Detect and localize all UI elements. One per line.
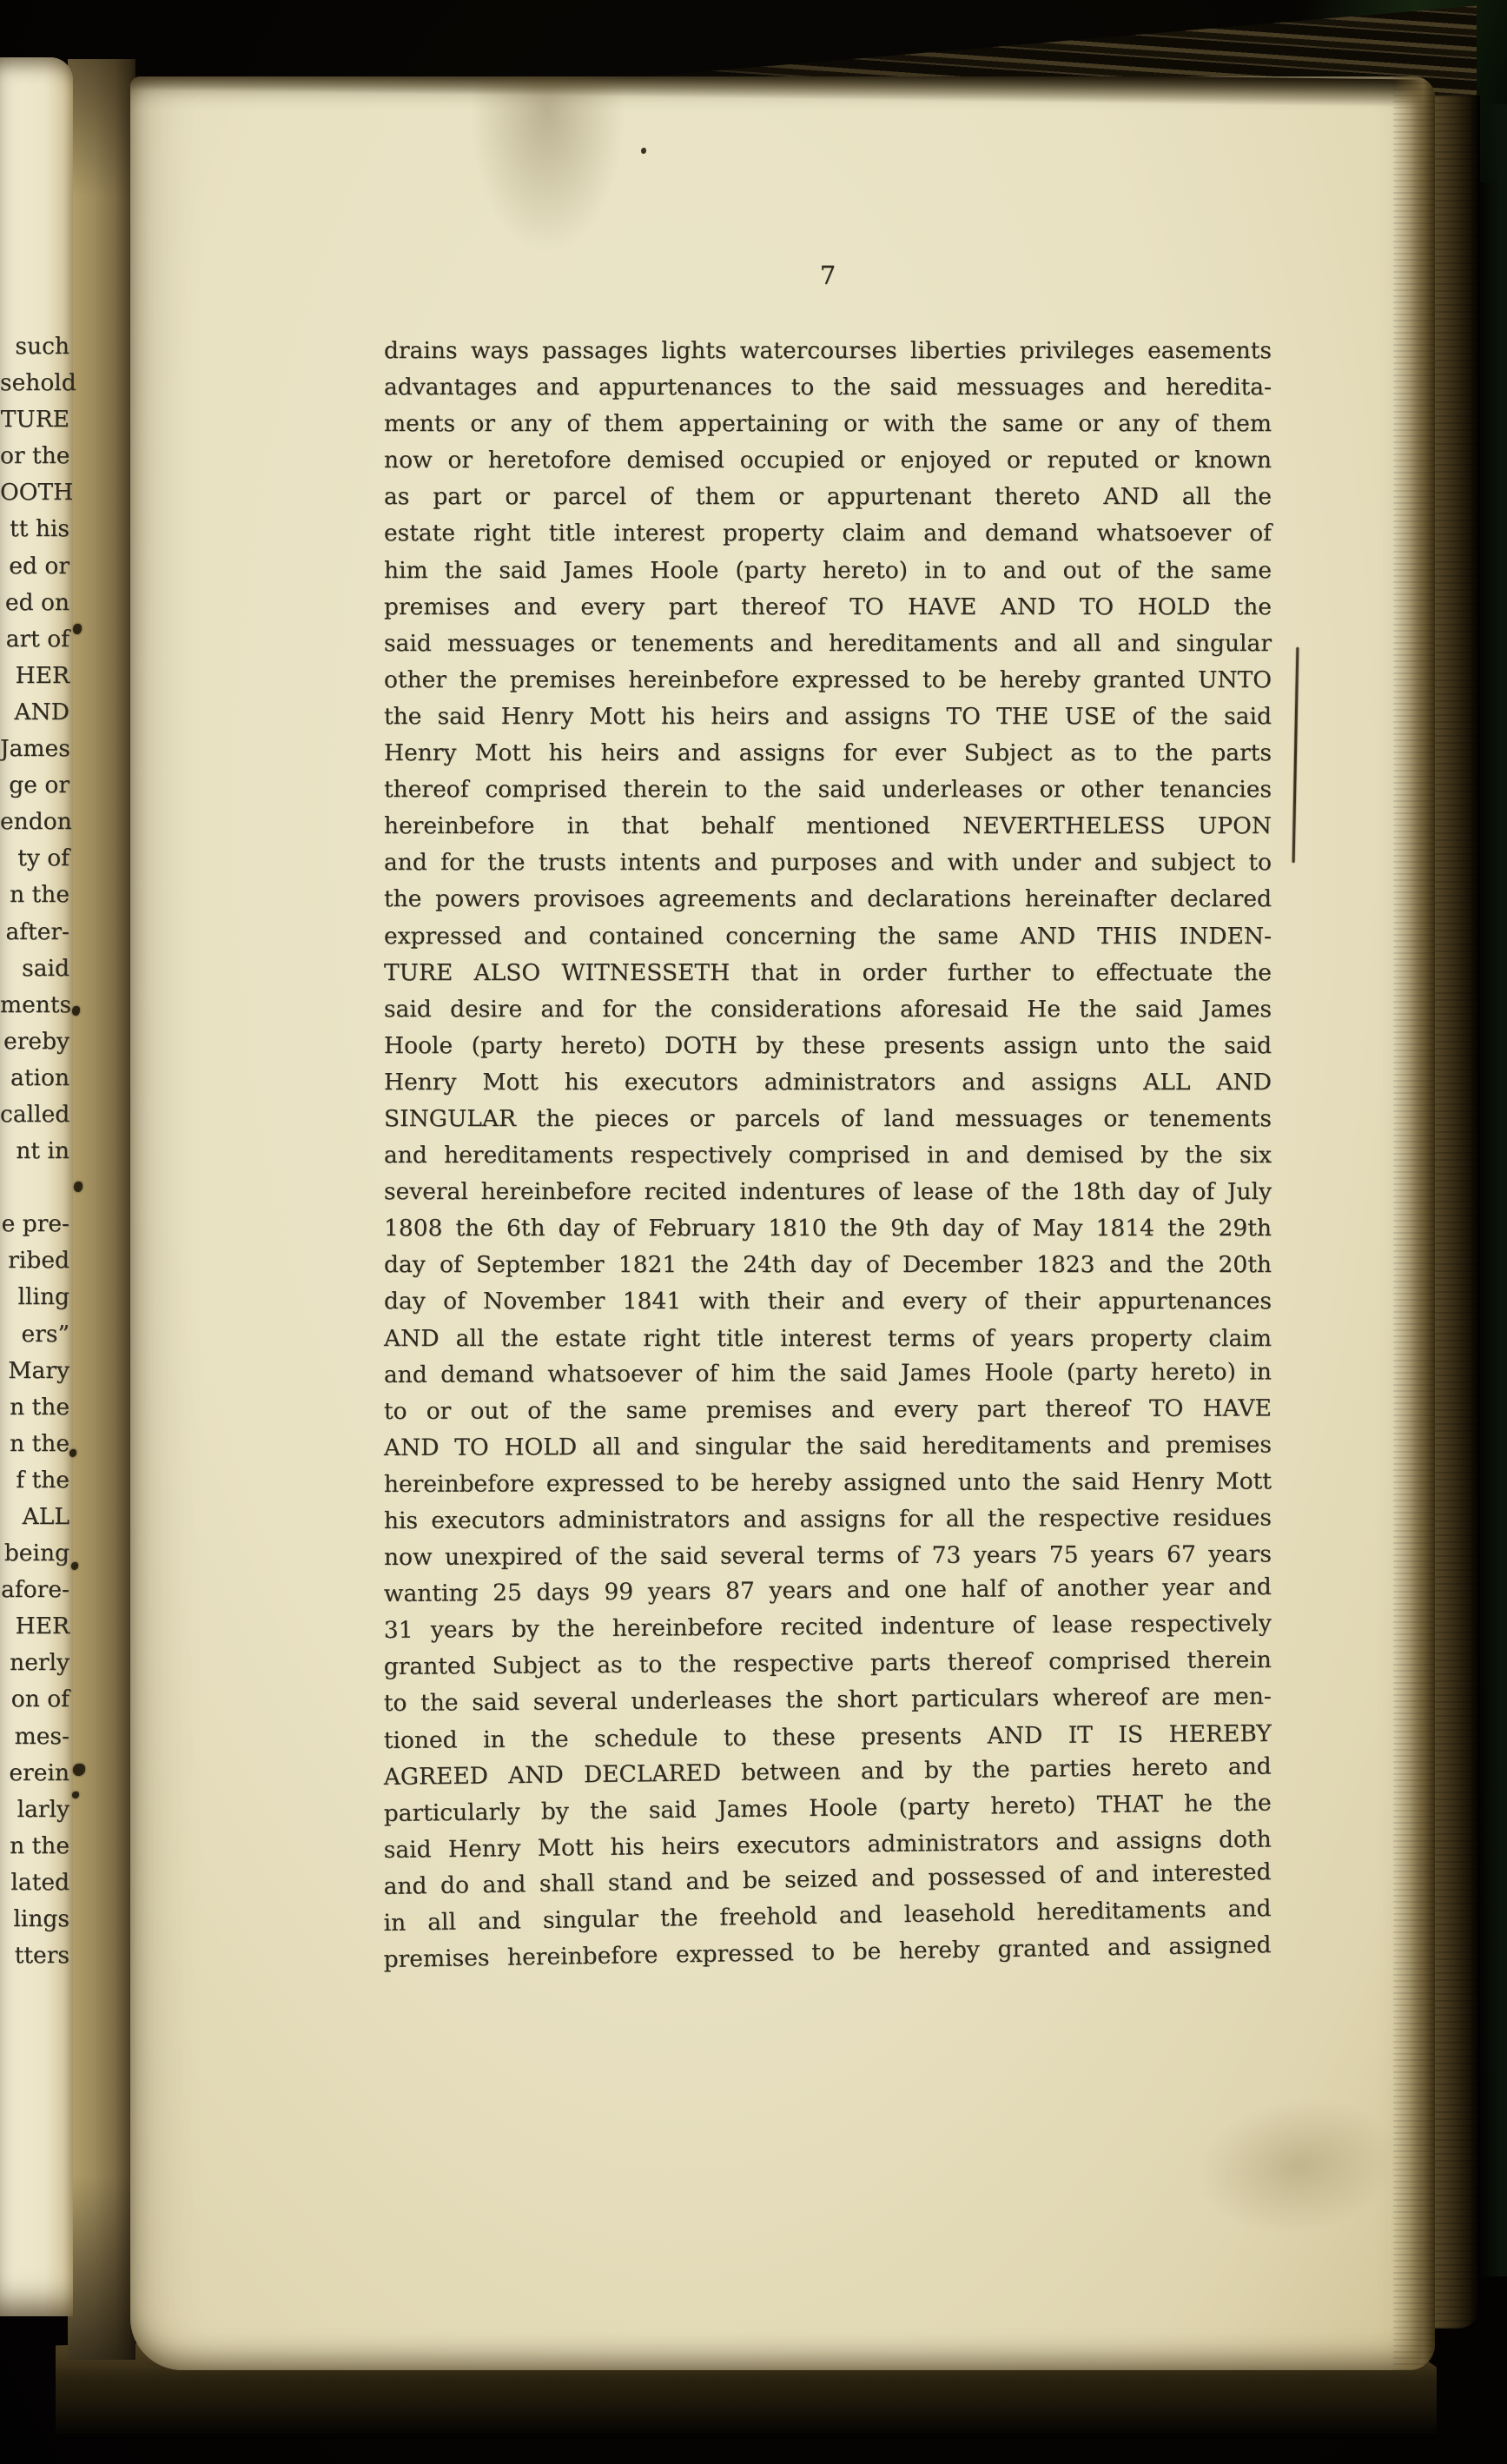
margin-fragment: HER xyxy=(0,1608,73,1645)
text-line: advantages and appurtenances to the said… xyxy=(384,369,1272,406)
margin-fragment: ge or xyxy=(0,767,73,804)
deed-text: drains ways passages lights watercourses… xyxy=(384,333,1272,1978)
text-line: and demand whatsoever of him the said Ja… xyxy=(384,1354,1272,1394)
text-line: Henry Mott his executors administrators … xyxy=(384,1064,1272,1101)
text-line: Hoole (party hereto) DOTH by these prese… xyxy=(384,1028,1272,1064)
margin-fragment: endon xyxy=(0,804,73,840)
text-line: 1808 the 6th day of February 1810 the 9t… xyxy=(384,1210,1272,1247)
text-line: TURE ALSO WITNESSETH that in order furth… xyxy=(384,955,1272,991)
margin-fragment: nt in xyxy=(0,1133,73,1169)
margin-fragment: OOTH xyxy=(0,474,73,511)
text-line: as part or parcel of them or appurtenant… xyxy=(384,479,1272,515)
page-gutter-shadow xyxy=(68,59,135,2360)
margin-fragment: afore- xyxy=(0,1572,73,1608)
margin-fragment: n the xyxy=(0,1426,73,1462)
margin-fragment: ments xyxy=(0,987,73,1023)
margin-fragment: called xyxy=(0,1096,73,1133)
paper-stain xyxy=(1191,2088,1407,2245)
text-line: Henry Mott his heirs and assigns for eve… xyxy=(384,735,1272,772)
text-line: the said Henry Mott his heirs and assign… xyxy=(384,699,1272,735)
margin-fragment: ribed xyxy=(0,1242,73,1279)
margin-fragment: after- xyxy=(0,914,73,950)
margin-fragment: AND xyxy=(0,694,73,731)
book-cover-side-edge xyxy=(1481,104,1507,2276)
margin-fragment: on of xyxy=(0,1681,73,1718)
text-line: to the said several underleases the shor… xyxy=(384,1679,1272,1722)
margin-fragment: ed or xyxy=(0,548,73,585)
text-line: and for the trusts intents and purposes … xyxy=(384,845,1272,881)
margin-fragment: sehold xyxy=(0,365,73,401)
margin-fragment: Mary xyxy=(0,1353,73,1389)
margin-fragment: being xyxy=(0,1535,73,1572)
margin-fragment: James xyxy=(0,731,73,767)
book-page: 7 drains ways passages lights watercours… xyxy=(130,76,1435,2370)
margin-fragment: ty of xyxy=(0,840,73,877)
margin-fragment: such xyxy=(0,328,73,365)
text-line: day of November 1841 with their and ever… xyxy=(384,1283,1272,1320)
text-line: drains ways passages lights watercourses… xyxy=(384,333,1272,369)
margin-fragment: said xyxy=(0,950,73,987)
text-line: estate right title interest property cla… xyxy=(384,515,1272,552)
text-line: AND all the estate right title interest … xyxy=(384,1321,1272,1357)
margin-fragment: f the xyxy=(0,1462,73,1499)
text-line: him the said James Hoole (party hereto) … xyxy=(384,553,1272,589)
margin-fragment: ation xyxy=(0,1060,73,1096)
margin-fragment: tters xyxy=(0,1937,73,1974)
text-line: AND TO HOLD all and singular the said he… xyxy=(384,1427,1272,1467)
text-line: hereinbefore expressed to be hereby assi… xyxy=(384,1463,1272,1503)
margin-fragment: ALL xyxy=(0,1499,73,1535)
previous-page-text-fragments: suchseholdTUREor theOOTHtt hised ored on… xyxy=(0,328,73,1974)
text-line: premises and every part thereof TO HAVE … xyxy=(384,589,1272,626)
margin-fragment: n the xyxy=(0,877,73,913)
margin-fragment: TURE xyxy=(0,401,73,438)
page-number: 7 xyxy=(384,261,1272,290)
text-line: now or heretofore demised occupied or en… xyxy=(384,442,1272,479)
book-photograph: suchseholdTUREor theOOTHtt hised ored on… xyxy=(0,0,1507,2464)
margin-fragment: HER xyxy=(0,658,73,694)
margin-fragment: tt his xyxy=(0,511,73,547)
text-line: other the premises hereinbefore expresse… xyxy=(384,662,1272,699)
margin-fragment: lling xyxy=(0,1279,73,1315)
margin-fragment: art of xyxy=(0,621,73,658)
page-stack-fore-edge xyxy=(1430,96,1480,2328)
ink-speck xyxy=(641,148,646,154)
text-line: ments or any of them appertaining or wit… xyxy=(384,406,1272,442)
text-line: day of September 1821 the 24th day of De… xyxy=(384,1247,1272,1283)
margin-fragment: ed on xyxy=(0,585,73,621)
text-line: the powers provisoes agreements and decl… xyxy=(384,881,1272,917)
margin-fragment: erein xyxy=(0,1755,73,1792)
margin-fragment: e pre- xyxy=(0,1206,73,1242)
text-line: said messuages or tenements and heredita… xyxy=(384,626,1272,662)
text-line: his executors administrators and assigns… xyxy=(384,1500,1272,1540)
text-line: expressed and contained concerning the s… xyxy=(384,918,1272,955)
margin-fragment: nerly xyxy=(0,1645,73,1681)
text-line: SINGULAR the pieces or parcels of land m… xyxy=(384,1101,1272,1137)
margin-fragment: lings xyxy=(0,1901,73,1937)
previous-page-edge: suchseholdTUREor theOOTHtt hised ored on… xyxy=(0,57,73,2316)
text-line: said desire and for the considerations a… xyxy=(384,991,1272,1028)
paper-smudge xyxy=(469,76,625,254)
margin-fragment: n the xyxy=(0,1828,73,1865)
margin-fragment: lated xyxy=(0,1865,73,1901)
margin-ink-line xyxy=(1292,647,1299,863)
page-top-edge-shading xyxy=(130,76,1435,109)
margin-fragment: ers” xyxy=(0,1316,73,1353)
text-line: thereof comprised therein to the said un… xyxy=(384,772,1272,808)
margin-fragment: mes- xyxy=(0,1719,73,1755)
margin-fragment: n the xyxy=(0,1389,73,1426)
margin-fragment: or the xyxy=(0,438,73,474)
margin-fragment: ereby xyxy=(0,1023,73,1060)
text-line: and hereditaments respectively comprised… xyxy=(384,1137,1272,1174)
page-right-edge-shading xyxy=(1393,76,1435,2370)
margin-fragment xyxy=(0,1169,73,1206)
text-line: several hereinbefore recited indentures … xyxy=(384,1174,1272,1210)
text-line: to or out of the same premises and every… xyxy=(384,1390,1272,1430)
margin-fragment: larly xyxy=(0,1792,73,1828)
text-line: hereinbefore in that behalf mentioned NE… xyxy=(384,808,1272,845)
